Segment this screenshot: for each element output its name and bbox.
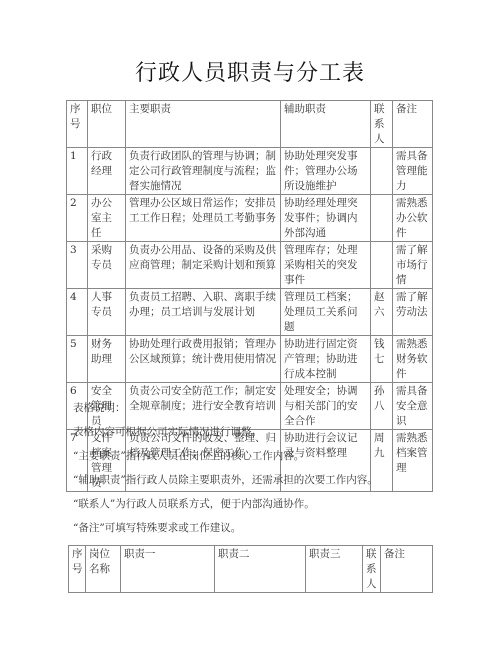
cell-no: 5 <box>67 336 88 383</box>
note-line: “备注”可填写特殊要求或工作建议。 <box>73 520 241 535</box>
cell-aux-duty: 处理安全；协调与相关部门的安全合作 <box>281 383 371 430</box>
document-title: 行政人员职责与分工表 <box>0 56 500 87</box>
note-line: “联系人”为行政人员联系方式，便于内部沟通协作。 <box>73 496 315 511</box>
cell-main-duty: 管理办公区域日常运作；安排员工工作日程；处理员工考勤事务 <box>126 195 281 242</box>
notes-caption: 表格说明： <box>73 400 126 415</box>
table-row: 4 人事专员 负责员工招聘、入职、离职手续办理；员工培训与发展计划 管理员工档案… <box>67 289 433 336</box>
cell-position: 财务助理 <box>88 336 126 383</box>
table-row: 2 办公室主任 管理办公区域日常运作；安排员工工作日程；处理员工考勤事务 协助经… <box>67 195 433 242</box>
header-contact: 联系人 <box>371 101 393 148</box>
header-no: 序号 <box>67 101 88 148</box>
cell-position: 行政经理 <box>88 148 126 195</box>
note-line: “辅助职责”指行政人员除主要职责外，还需承担的次要工作内容。 <box>73 472 378 487</box>
note-line: 表格内容可根据公司实际情况进行调整。 <box>73 424 262 439</box>
cell-position: 办公室主任 <box>88 195 126 242</box>
header-duty-1: 职责一 <box>121 546 215 593</box>
cell-contact: 赵六 <box>371 289 393 336</box>
cell-note: 需熟悉办公软件 <box>393 195 433 242</box>
header-duty-2: 职责二 <box>215 546 306 593</box>
header-main-duty: 主要职责 <box>126 101 281 148</box>
note-line: “主要职责”指行政人员在岗位上的核心工作内容。 <box>73 448 304 463</box>
table-row: 5 财务助理 协助处理行政费用报销；管理办公区域预算；统计费用使用情况 协助进行… <box>67 336 433 383</box>
header-duty-3: 职责三 <box>306 546 363 593</box>
header-no: 序号 <box>69 546 86 593</box>
cell-contact <box>371 242 393 289</box>
header-contact: 联系人 <box>363 546 381 593</box>
cell-main-duty: 负责办公用品、设备的采购及供应商管理；制定采购计划和预算 <box>126 242 281 289</box>
cell-main-duty: 负责行政团队的管理与协调；制定公司行政管理制度与流程；监督实施情况 <box>126 148 281 195</box>
cell-note: 需了解市场行情 <box>393 242 433 289</box>
table-row: 1 行政经理 负责行政团队的管理与协调；制定公司行政管理制度与流程；监督实施情况… <box>67 148 433 195</box>
header-position: 职位 <box>88 101 126 148</box>
cell-aux-duty: 协助经理处理突发事件；协调内外部沟通 <box>281 195 371 242</box>
table-header-row: 序号 职位 主要职责 辅助职责 联系人 备注 <box>67 101 433 148</box>
table-row: 3 采购专员 负责办公用品、设备的采购及供应商管理；制定采购计划和预算 管理库存… <box>67 242 433 289</box>
cell-main-duty: 协助处理行政费用报销；管理办公区域预算；统计费用使用情况 <box>126 336 281 383</box>
blank-duty-table: 序号 岗位名称 职责一 职责二 职责三 联系人 备注 <box>68 545 433 593</box>
cell-aux-duty: 管理库存；处理采购相关的突发事件 <box>281 242 371 289</box>
cell-contact: 钱七 <box>371 336 393 383</box>
cell-note: 需了解劳动法 <box>393 289 433 336</box>
cell-no: 3 <box>67 242 88 289</box>
cell-aux-duty: 管理员工档案；处理员工关系问题 <box>281 289 371 336</box>
cell-contact <box>371 148 393 195</box>
cell-no: 1 <box>67 148 88 195</box>
cell-contact: 孙八 <box>371 383 393 430</box>
cell-note: 需熟悉财务软件 <box>393 336 433 383</box>
cell-note: 需熟悉档案管理 <box>393 430 433 492</box>
cell-main-duty: 负责公司安全防范工作；制定安全规章制度；进行安全教育培训 <box>126 383 281 430</box>
cell-aux-duty: 协助处理突发事件；管理办公场所设施维护 <box>281 148 371 195</box>
cell-note: 需具备管理能力 <box>393 148 433 195</box>
header-position-name: 岗位名称 <box>86 546 121 593</box>
cell-no: 2 <box>67 195 88 242</box>
header-note: 备注 <box>393 101 433 148</box>
cell-contact <box>371 195 393 242</box>
cell-position: 采购专员 <box>88 242 126 289</box>
cell-aux-duty: 协助进行固定资产管理；协助进行成本控制 <box>281 336 371 383</box>
cell-note: 需具备安全意识 <box>393 383 433 430</box>
table-header-row: 序号 岗位名称 职责一 职责二 职责三 联系人 备注 <box>69 546 433 593</box>
header-aux-duty: 辅助职责 <box>281 101 371 148</box>
cell-no: 4 <box>67 289 88 336</box>
header-note: 备注 <box>381 546 433 593</box>
cell-main-duty: 负责员工招聘、入职、离职手续办理；员工培训与发展计划 <box>126 289 281 336</box>
cell-position: 人事专员 <box>88 289 126 336</box>
